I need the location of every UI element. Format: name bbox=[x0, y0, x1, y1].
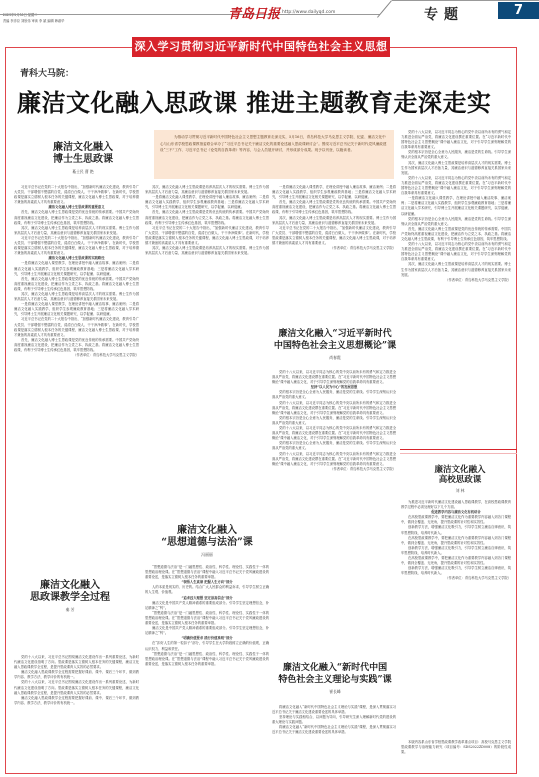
paragraph: 党的十八大以来，以习近平同志为核心的党中央以前所未有的勇气和定力推进全面从严治党… bbox=[272, 452, 396, 467]
article-2-body: 党的十八大以来，习近平总书记围绕廉洁文化建设作出一系列重要论述，为新时代廉洁文化… bbox=[14, 655, 139, 767]
paragraph: 习近平总书记在党的二十大报告中指出，“加强新时代廉洁文化建设，教育引导广大党员、… bbox=[14, 185, 139, 205]
paragraph: 其次，廉洁文化融入博士生思政课是培养高层次人才的现实需要。博士生作为国家高层次人… bbox=[401, 262, 511, 277]
article-5-title: 廉洁文化融入“新时代中国 特色社会主义理论与实践”课 bbox=[270, 662, 400, 686]
article-5-byline: 崔长峰 bbox=[270, 689, 400, 695]
paragraph: 党的根本宗旨是全心全意为人民服务，廉洁是党的生命线。引导学生深刻认识全面从严治党… bbox=[401, 150, 511, 160]
paragraph: “思想道德与法治”是一门融思想性、政治性、科学性、理论性、实践性于一体的思想政治… bbox=[145, 652, 269, 667]
funding-footnote: 本版内容系山东省学校思政课教学改革重点项目：高校马克思主义学院思政课教学与治理能… bbox=[401, 740, 511, 764]
article-1-body-middle: 其次，廉洁文化融入博士生思政课是培养高层次人才的现实需要。博士生作为国家高层次人… bbox=[145, 185, 269, 318]
article-3-head: 廉洁文化融入 “思想道德与法治”课 冯丽丽 bbox=[145, 525, 269, 558]
header-divider bbox=[377, 0, 392, 17]
editor-note: 为推动学习贯彻习近平新时代中国特色社会主义思想主题教育走深走实，5月16日，青岛… bbox=[154, 130, 394, 179]
paragraph: 党的十八大以来，以习近平同志为核心的党中央以前所未有的勇气和定力推进全面从严治党… bbox=[401, 130, 511, 150]
paragraph: 习近平总书记在党的二十大报告中指出，“加强新时代廉洁文化建设，教育引导广大党员、… bbox=[14, 317, 139, 337]
paragraph: 首先，廉洁文化融入博士生思政课是党的优良传统的传承需要。中国共产党始终高度重视廉… bbox=[145, 210, 269, 225]
article-6-head: 廉洁文化融入 高校思政课 刘 林 bbox=[410, 465, 510, 494]
paragraph: 在“扣好人生的第一粒扣子”部分，引导学生在大学阶段树立正确的价值观，正确认识权力… bbox=[145, 641, 269, 651]
paragraph: 其次，廉洁文化融入博士生思政课是培养高层次人才的现实需要。博士生作为国家高层次人… bbox=[145, 185, 269, 195]
paragraph: 党的根本宗旨是全心全意为人民服务，廉洁是党的生命线。引导学生深刻认识全面从严治党… bbox=[401, 217, 511, 227]
editor-note-text: 为推动学习贯彻习近平新时代中国特色社会主义思想主题教育走深走实，5月16日，青岛… bbox=[160, 134, 388, 154]
paragraph: 党的根本宗旨是全心全意为人民服务，廉洁是党的生命线。引导学生深刻认识全面从严治党… bbox=[272, 441, 396, 451]
page-number-badge: 7 bbox=[498, 2, 539, 19]
paragraph: 党的十八大以来，习近平总书记围绕廉洁文化建设作出一系列重要论述，为新时代廉洁文化… bbox=[14, 680, 139, 695]
paragraph: 首先，廉洁文化融入博士生思政课是党的优良传统的传承需要。中国共产党始终高度重视廉… bbox=[14, 338, 139, 353]
paragraph: 一是将廉洁文化融入课堂教学，在理论讲授中融入廉洁故事、廉洁案例；二是将廉洁文化融… bbox=[401, 196, 511, 216]
article-1-body-left: 习近平总书记在党的二十大报告中指出，“加强新时代廉洁文化建设，教育引导广大党员、… bbox=[14, 185, 139, 565]
section-divider bbox=[400, 453, 517, 454]
paragraph: 党的根本宗旨是全心全意为人民服务，廉洁是党的生命线。引导学生深刻认识全面从严治党… bbox=[272, 416, 396, 426]
paragraph: 一是将廉洁文化融入课堂教学，在理论讲授中融入廉洁故事、廉洁案例；二是将廉洁文化融… bbox=[272, 185, 396, 200]
paragraph: 其次，廉洁文化融入博士生思政课是培养高层次人才的现实需要。博士生作为国家高层次人… bbox=[14, 226, 139, 236]
article-1-body-middle-2: 一是将廉洁文化融入课堂教学，在理论讲授中融入廉洁故事、廉洁案例；二是将廉洁文化融… bbox=[272, 185, 396, 318]
article-2-title: 廉洁文化融入 思政课教学全过程 bbox=[20, 580, 120, 604]
paragraph: 党的十八大以来，以习近平同志为核心的党中央以前所未有的勇气和定力推进全面从严治党… bbox=[401, 176, 511, 196]
paragraph: 首先，廉洁文化融入博士生思政课是党的优良传统的传承需要。中国共产党始终高度重视廉… bbox=[14, 277, 139, 292]
author-unit: （作者单位：青岛科技大学马克思主义学院） bbox=[272, 246, 396, 251]
author-unit: （作者单位：青岛科技大学马克思主义学院） bbox=[14, 353, 139, 358]
paragraph: 廉洁文化融入思政课教学全过程需要把握好课前、课中、课后三个环节，做到教学内容、教… bbox=[14, 670, 139, 680]
paragraph: 廉洁文化融入思政课教学全过程需要把握好课前、课中、课后三个环节，做到教学内容、教… bbox=[14, 696, 139, 706]
editors-line: 责编 李彦臣 刘欣伟 审读 李 斌 编辑 韩淑华 bbox=[3, 18, 64, 23]
article-6-byline: 刘 林 bbox=[410, 488, 510, 494]
article-3-body: “思想道德与法治”是一门融思想性、政治性、科学性、理论性、实践性于一体的思想政治… bbox=[145, 565, 269, 767]
paragraph: “思想道德与法治”是一门融思想性、政治性、科学性、理论性、实践性于一体的思想政治… bbox=[145, 611, 269, 626]
section-title: 专题 bbox=[424, 4, 464, 24]
article-5-head: 廉洁文化融入“新时代中国 特色社会主义理论与实践”课 崔长峰 bbox=[270, 662, 400, 695]
paragraph: 首先，廉洁文化融入博士生思政课是党的优良传统的传承需要。中国共产党始终高度重视廉… bbox=[272, 200, 396, 215]
paragraph: 廉洁文化是中国共产党人精神谱系的重要组成部分。引导学生坚定理想信念，补足精神之“… bbox=[145, 626, 269, 636]
newspaper-logo: 青岛日报 bbox=[228, 3, 280, 22]
paragraph: 其次，廉洁文化融入博士生思政课是培养高层次人才的现实需要。博士生作为国家高层次人… bbox=[14, 292, 139, 302]
paragraph: 为推进习近平新时代廉洁文化建设融入思政课教学，在高校思政课教育教学过程中必须处理… bbox=[401, 500, 511, 510]
paragraph: 其次，廉洁文化融入博士生思政课是培养高层次人才的现实需要。博士生作为国家高层次人… bbox=[401, 161, 511, 176]
article-4-title: 廉洁文化融入“习近平新时代 中国特色社会主义思想概论”课 bbox=[270, 328, 400, 352]
paragraph: 习近平总书记在党的二十大报告中指出，“加强新时代廉洁文化建设，教育引导广大党员、… bbox=[14, 236, 139, 256]
paragraph: 创新教学方法，增强廉洁文化吸引力，引导学生树立廉洁自律意识，筑牢思想防线，培养时… bbox=[401, 525, 511, 535]
paragraph: 党的根本宗旨是全心全意为人民服务，廉洁是党的生命线。引导学生深刻认识全面从严治党… bbox=[272, 390, 396, 400]
main-headline: 廉洁文化融入思政课 推进主题教育走深走实 bbox=[17, 83, 491, 118]
paragraph: 将廉洁文化融入“新时代中国特色社会主义理论与实践”课程，是深入贯彻落实习近平总书… bbox=[272, 705, 396, 715]
paragraph: 党的十八大以来，以习近平同志为核心的党中央以前所未有的勇气和定力推进全面从严治党… bbox=[272, 370, 396, 385]
paragraph: 党的十八大以来，以习近平同志为核心的党中央以前所未有的勇气和定力推进全面从严治党… bbox=[272, 426, 396, 441]
article-1-head: 廉洁文化融入 博士生思政课 綦士民 曹 艳 bbox=[38, 142, 128, 175]
section-divider bbox=[400, 449, 517, 450]
paragraph: 在高校思政课教学中，要把廉洁文化作为重要教学内容融入到各门课程中，做到全覆盖、无… bbox=[401, 536, 511, 546]
paragraph: 一是将廉洁文化融入课堂教学，在理论讲授中融入廉洁故事、廉洁案例；二是将廉洁文化融… bbox=[14, 302, 139, 317]
article-6-title: 廉洁文化融入 高校思政课 bbox=[410, 465, 510, 485]
paragraph: 党的十八大以来，习近平总书记围绕廉洁文化建设作出一系列重要论述，为新时代廉洁文化… bbox=[14, 655, 139, 670]
article-2-byline: 秦 芳 bbox=[20, 607, 120, 613]
paragraph: 坚持理论与实践相结合，以问题为导向，引导研究生深入理解新时代党的建设的重大理论与… bbox=[272, 715, 396, 725]
article-3-byline: 冯丽丽 bbox=[145, 552, 269, 558]
paragraph: 其次，廉洁文化融入博士生思政课是培养高层次人才的现实需要。博士生作为国家高层次人… bbox=[272, 216, 396, 226]
paragraph: 人的本质是现实的、历史的。结合广大人民群众的利益诉求，引导学生树立正确的人生观、… bbox=[145, 585, 269, 595]
article-4-body-right: 党的十八大以来，以习近平同志为核心的党中央以前所未有的勇气和定力推进全面从严治党… bbox=[401, 130, 511, 440]
headline-kicker: 青科大马院： bbox=[20, 66, 74, 79]
paragraph: 其次，廉洁文化融入博士生思政课是培养高层次人才的现实需要。博士生作为国家高层次人… bbox=[145, 246, 269, 256]
paragraph: “思想道德与法治”是一门融思想性、政治性、科学性、理论性、实践性于一体的思想政治… bbox=[145, 565, 269, 580]
topic-banner: 深入学习贯彻习近平新时代中国特色社会主义思想 bbox=[132, 37, 390, 57]
paragraph: 党的十八大以来，以习近平同志为核心的党中央以前所未有的勇气和定力推进全面从严治党… bbox=[401, 242, 511, 262]
article-1-title: 廉洁文化融入 博士生思政课 bbox=[38, 142, 128, 166]
page-header: 2023年5月30日 星期二 责编 李彦臣 刘欣伟 审读 李 斌 编辑 韩淑华 … bbox=[0, 0, 539, 30]
paragraph: 习近平总书记在党的二十大报告中指出，“加强新时代廉洁文化建设，教育引导广大党员、… bbox=[272, 226, 396, 246]
paragraph: 廉洁文化是中国共产党人精神谱系的重要组成部分。引导学生坚定理想信念，补足精神之“… bbox=[145, 601, 269, 611]
paragraph: 习近平总书记在党的二十大报告中指出，“加强新时代廉洁文化建设，教育引导广大党员、… bbox=[145, 226, 269, 246]
article-2-head: 廉洁文化融入 思政课教学全过程 秦 芳 bbox=[20, 580, 120, 613]
newspaper-url[interactable]: http://www.dailyqd.com bbox=[282, 10, 335, 15]
author-unit: （作者单位：青岛科技大学马克思主义学院） bbox=[272, 467, 396, 472]
article-4-head: 廉洁文化融入“习近平新时代 中国特色社会主义思想概论”课 尚春霞 bbox=[270, 328, 400, 361]
paragraph: 创新教学方法，增强廉洁文化吸引力，引导学生树立廉洁自律意识，筑牢思想防线，培养时… bbox=[401, 546, 511, 556]
author-unit: （作者单位：青岛科技大学马克思主义学院） bbox=[401, 576, 511, 581]
paragraph: 党的十八大以来，以习近平同志为核心的党中央以前所未有的勇气和定力推进全面从严治党… bbox=[272, 401, 396, 416]
paragraph: 一是将廉洁文化融入课堂教学，在理论讲授中融入廉洁故事、廉洁案例；二是将廉洁文化融… bbox=[145, 195, 269, 210]
article-3-title: 廉洁文化融入 “思想道德与法治”课 bbox=[145, 525, 269, 549]
paragraph: 在高校思政课教学中，要把廉洁文化作为重要教学内容融入到各门课程中，做到全覆盖、无… bbox=[401, 515, 511, 525]
author-unit: （作者单位：青岛科技大学马克思主义学院） bbox=[401, 278, 511, 283]
paragraph: 首先，廉洁文化融入博士生思政课是党的优良传统的传承需要。中国共产党始终高度重视廉… bbox=[14, 210, 139, 225]
footnote-text: 本版内容系山东省学校思政课教学改革重点项目：高校马克思主义学院思政课教学与治理能… bbox=[401, 740, 511, 755]
paragraph: 一是将廉洁文化融入课堂教学，在理论讲授中融入廉洁故事、廉洁案例；二是将廉洁文化融… bbox=[14, 261, 139, 276]
paragraph: 创新教学方法，增强廉洁文化吸引力，引导学生树立廉洁自律意识，筑牢思想防线，培养时… bbox=[401, 566, 511, 576]
article-1-byline: 綦士民 曹 艳 bbox=[38, 169, 128, 175]
article-6-body: 为推进习近平新时代廉洁文化建设融入思政课教学，在高校思政课教育教学过程中必须处理… bbox=[401, 500, 511, 735]
article-4-body: 党的十八大以来，以习近平同志为核心的党中央以前所未有的勇气和定力推进全面从严治党… bbox=[272, 370, 396, 645]
header-rule-right bbox=[392, 0, 539, 1]
article-5-body: 将廉洁文化融入“新时代中国特色社会主义理论与实践”课程，是深入贯彻落实习近平总书… bbox=[272, 705, 396, 767]
paragraph: 首先，廉洁文化融入博士生思政课是党的优良传统的传承需要。中国共产党始终高度重视廉… bbox=[401, 227, 511, 242]
article-4-byline: 尚春霞 bbox=[270, 355, 400, 361]
paragraph: 在高校思政课教学中，要把廉洁文化作为重要教学内容融入到各门课程中，做到全覆盖、无… bbox=[401, 556, 511, 566]
paragraph: 将廉洁文化融入“新时代中国特色社会主义理论与实践”课程，是深入贯彻落实习近平总书… bbox=[272, 725, 396, 735]
